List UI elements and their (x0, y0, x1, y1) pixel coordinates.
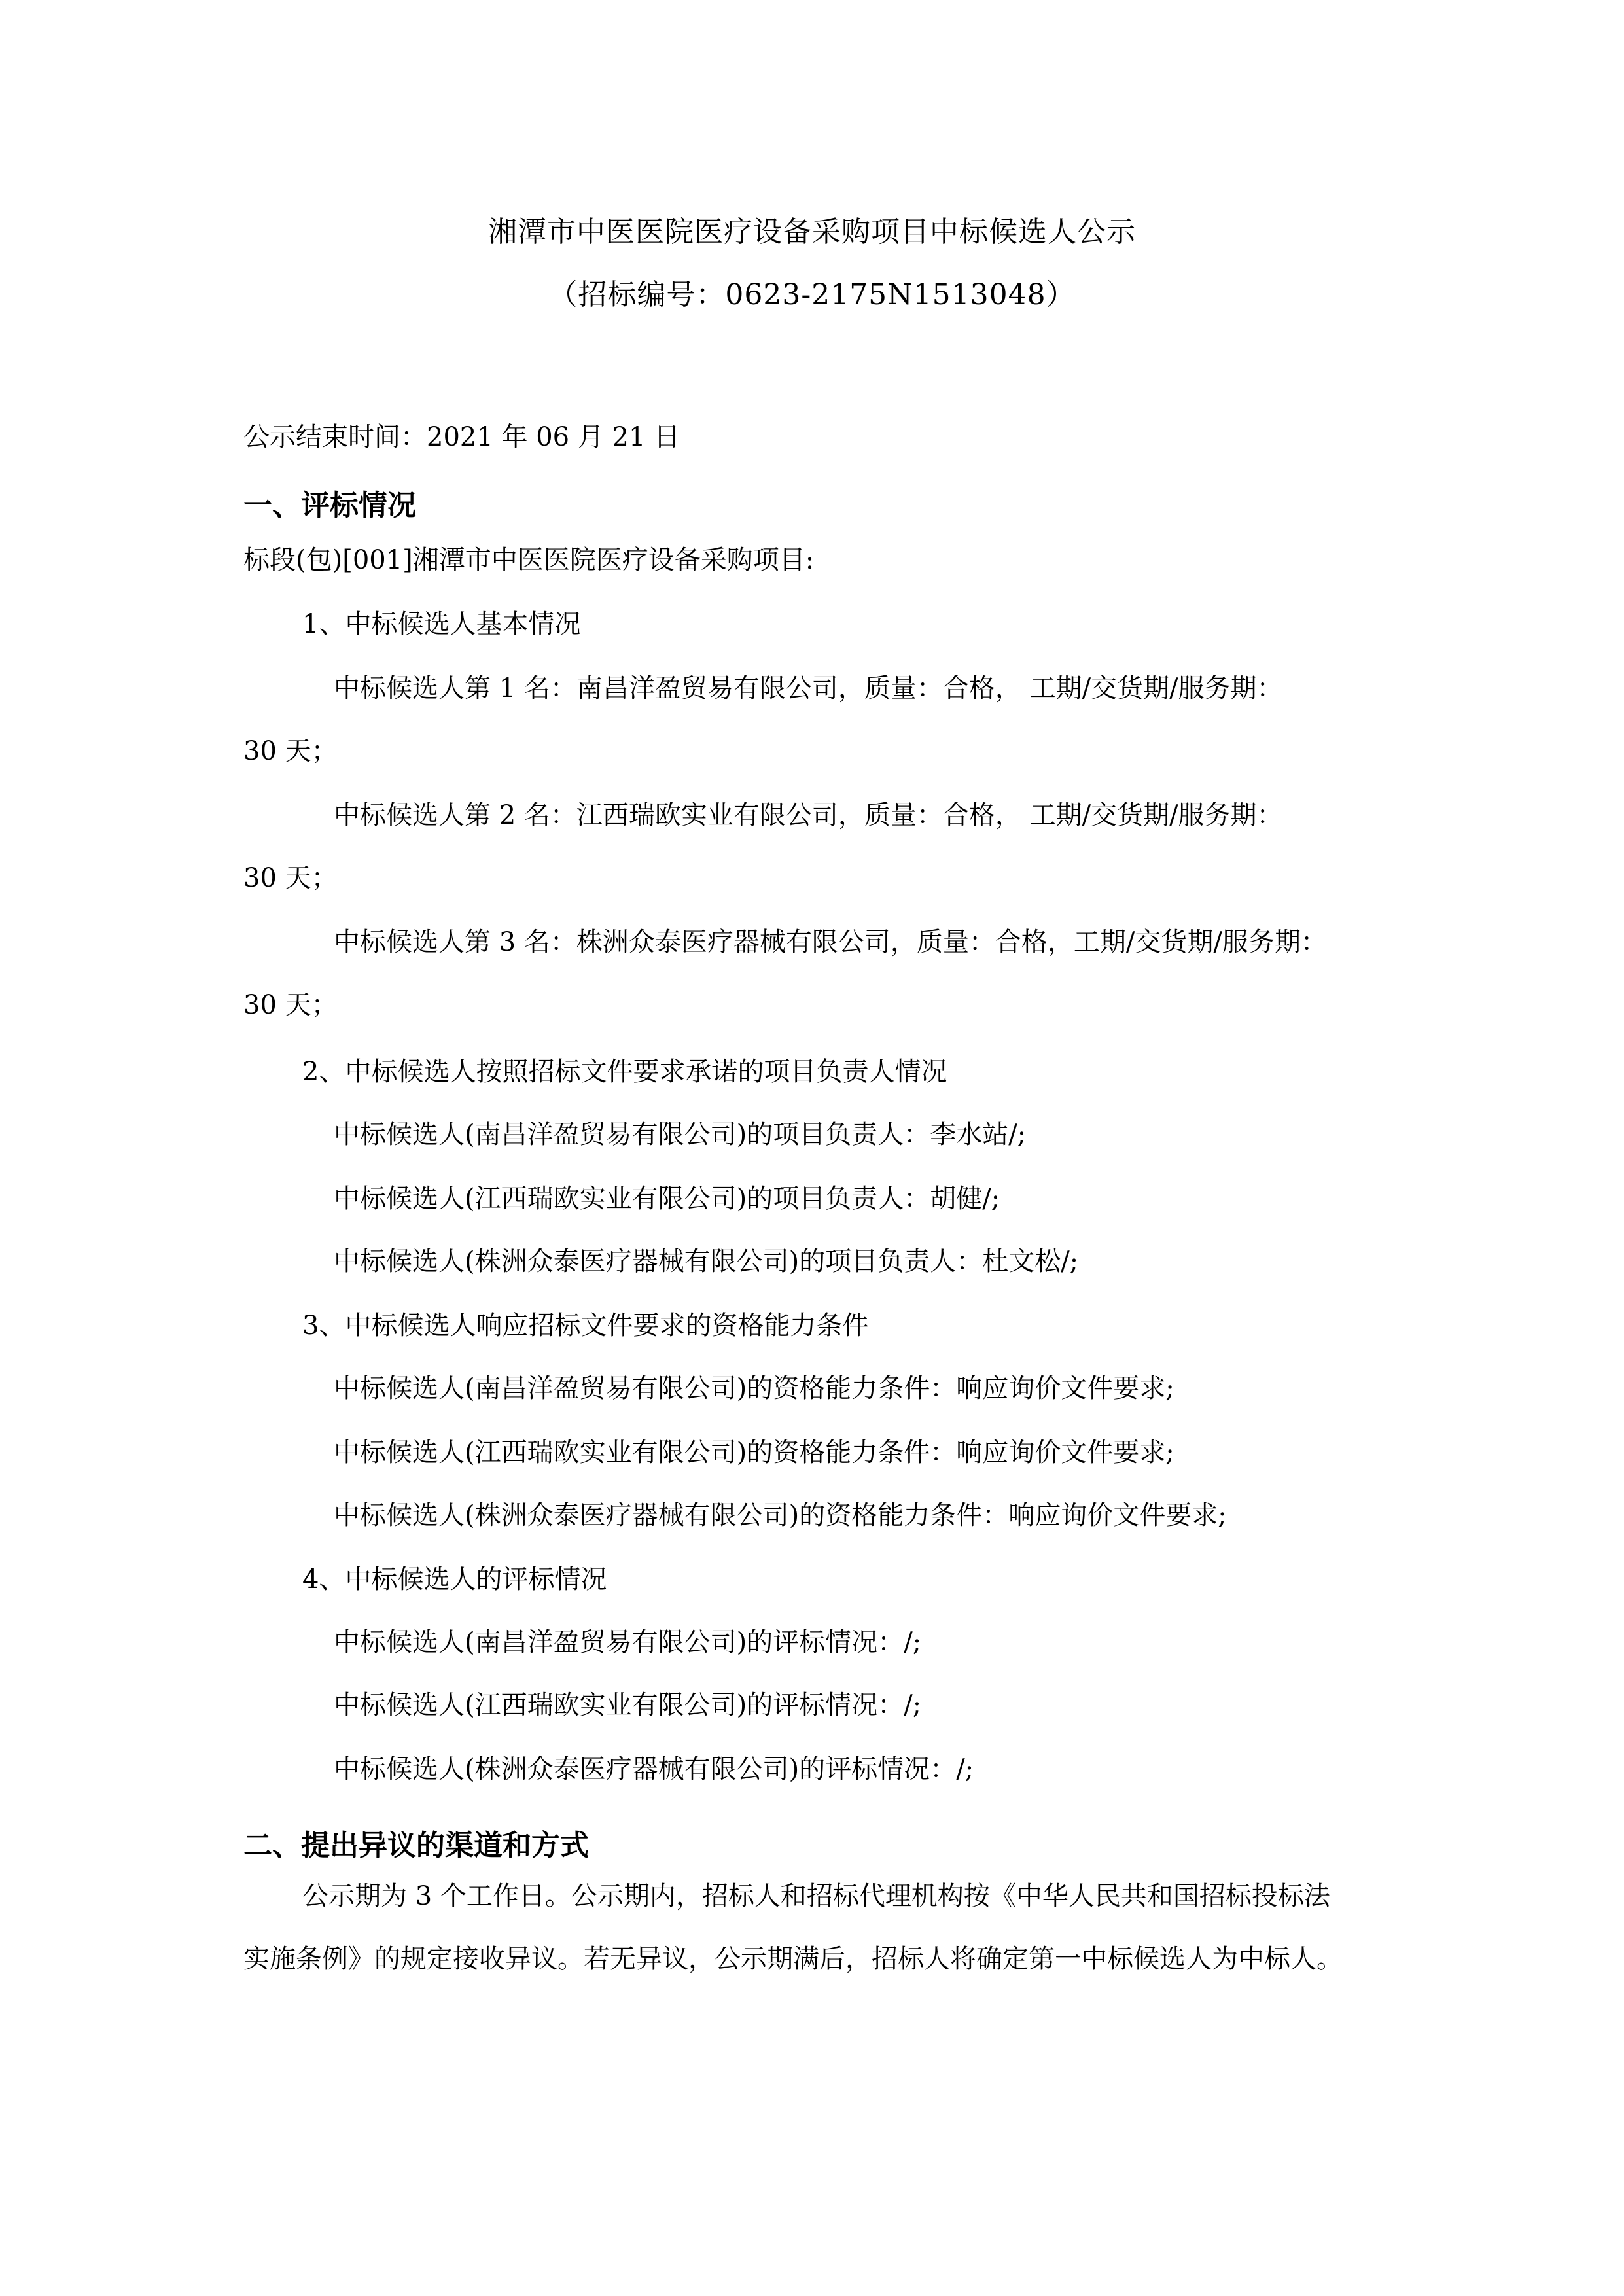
candidate-2-line: 中标候选人第 2 名：江西瑞欧实业有限公司，质量：合格， 工期/交货期/服务期： (334, 800, 1283, 831)
project-manager-2: 中标候选人(江西瑞欧实业有限公司)的项目负责人：胡健/; (334, 1183, 1000, 1214)
item1-heading: 1、中标候选人基本情况 (302, 609, 580, 640)
announcement-end-time: 公示结束时间：2021 年 06 月 21 日 (243, 421, 680, 453)
objection-paragraph-line1: 公示期为 3 个工作日。公示期内，招标人和招标代理机构按《中华人民共和国招标投标… (302, 1881, 1330, 1912)
tender-number: （招标编号：0623-2175N1513048） (0, 271, 1624, 313)
project-manager-1: 中标候选人(南昌洋盈贸易有限公司)的项目负责人：李水站/; (334, 1119, 1026, 1150)
item3-heading: 3、中标候选人响应招标文件要求的资格能力条件 (302, 1310, 868, 1341)
package-line: 标段(包)[001]湘潭市中医医院医疗设备采购项目: (243, 544, 814, 576)
candidate-1-period: 30 天； (243, 735, 338, 767)
candidate-1-line: 中标候选人第 1 名：南昌洋盈贸易有限公司，质量：合格， 工期/交货期/服务期： (334, 673, 1283, 704)
section1-heading: 一、评标情况 (243, 482, 416, 523)
qualification-1: 中标候选人(南昌洋盈贸易有限公司)的资格能力条件：响应询价文件要求; (334, 1373, 1174, 1404)
project-manager-3: 中标候选人(株洲众泰医疗器械有限公司)的项目负责人：杜文松/; (334, 1246, 1078, 1277)
qualification-3: 中标候选人(株洲众泰医疗器械有限公司)的资格能力条件：响应询价文件要求; (334, 1500, 1227, 1531)
evaluation-1: 中标候选人(南昌洋盈贸易有限公司)的评标情况：/; (334, 1627, 921, 1658)
evaluation-3: 中标候选人(株洲众泰医疗器械有限公司)的评标情况：/; (334, 1754, 974, 1785)
candidate-3-period: 30 天； (243, 989, 338, 1021)
candidate-2-period: 30 天； (243, 862, 338, 894)
item2-heading: 2、中标候选人按照招标文件要求承诺的项目负责人情况 (302, 1056, 947, 1087)
document-page: 湘潭市中医医院医疗设备采购项目中标候选人公示 （招标编号：0623-2175N1… (0, 0, 1624, 2296)
qualification-2: 中标候选人(江西瑞欧实业有限公司)的资格能力条件：响应询价文件要求; (334, 1437, 1174, 1468)
document-title: 湘潭市中医医院医疗设备采购项目中标候选人公示 (0, 208, 1624, 250)
candidate-3-line: 中标候选人第 3 名：株洲众泰医疗器械有限公司，质量：合格，工期/交货期/服务期… (334, 927, 1327, 958)
objection-paragraph-line2: 实施条例》的规定接收异议。若无异议，公示期满后，招标人将确定第一中标候选人为中标… (243, 1943, 1343, 1975)
evaluation-2: 中标候选人(江西瑞欧实业有限公司)的评标情况：/; (334, 1689, 921, 1721)
item4-heading: 4、中标候选人的评标情况 (302, 1564, 607, 1595)
section2-heading: 二、提出异议的渠道和方式 (243, 1822, 589, 1863)
